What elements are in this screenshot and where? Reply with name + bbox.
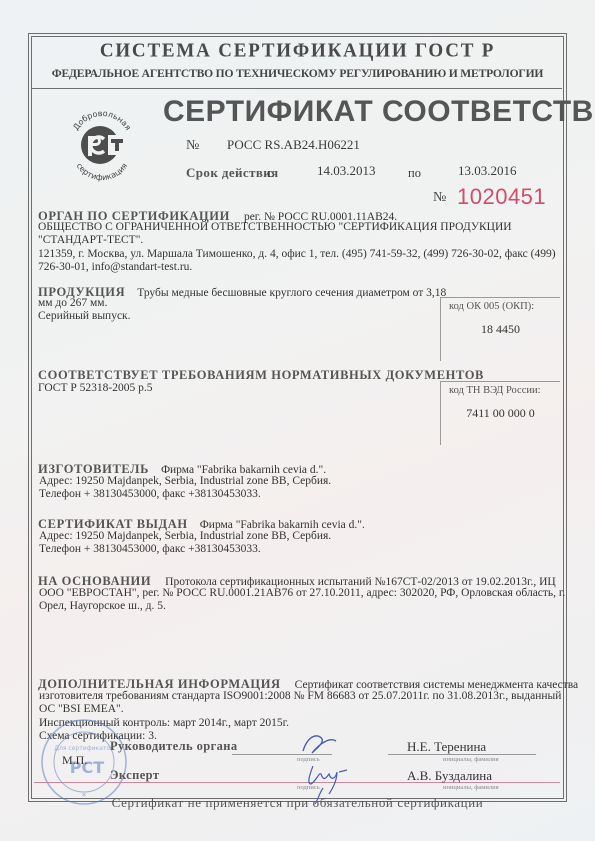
expert-name-caption: инициалы, фамилия [443,784,499,791]
additional-line: ОС "BSI EMEA". [39,703,561,716]
expert-role-label: Эксперт [110,768,159,783]
product-line: мм до 267 мм. [38,297,131,310]
head-name: Н.Е. Теренина [407,739,486,755]
head-role-label: Руководитель органа [110,739,238,754]
validity-to-label: по [408,166,421,181]
tnved-code-label: код ТН ВЭД России: [449,385,560,396]
certification-body-line: ОБЩЕСТВО С ОГРАНИЧЕННОЙ ОТВЕТСТВЕННОСТЬЮ… [38,221,556,234]
blank-serial-number: 1020451 [457,184,546,210]
certification-body-line: 726-30-01, info@standart-test.ru. [38,261,556,274]
rst-logo-icon: Добровольная сертификация [64,106,140,182]
product-line: Серийный выпуск. [38,310,131,323]
validity-from-label: с [267,166,273,181]
manufacturer-details: Адрес: 19250 Majdanpek, Serbia, Industri… [39,475,331,502]
product-details: мм до 267 мм. Серийный выпуск. [38,297,131,324]
certification-body-line: 121359, г. Москва, ул. Маршала Тимошенко… [38,248,556,261]
okp-code-value: 18 4450 [441,322,560,337]
number-sign: № [186,138,199,154]
basis-line: ООО "ЕВРОСТАН", рег. № РОСС RU.0001.21АВ… [39,587,565,600]
basis-details: ООО "ЕВРОСТАН", рег. № РОСС RU.0001.21АВ… [39,587,565,614]
additional-label: ДОПОЛНИТЕЛЬНАЯ ИНФОРМАЦИЯ [38,677,281,691]
issued-to-line: Телефон + 38130453000, факс +38130453033… [39,543,331,556]
product-description: Трубы медные бесшовные круглого сечения … [137,287,446,299]
footer-note: Сертификат не применяется при обязательн… [0,795,595,811]
basis-label: НА ОСНОВАНИИ [38,574,151,588]
head-name-caption: инициалы, фамилия [443,756,499,763]
issued-to-details: Адрес: 19250 Majdanpek, Serbia, Industri… [39,530,331,557]
stamp-text: Для сертификатов [54,745,114,752]
certificate-number: РОСС RS.AB24.H06221 [227,137,360,153]
document-title: СЕРТИФИКАТ СООТВЕТСТВИЯ [163,95,595,129]
svg-text:сертификация: сертификация [75,161,130,182]
valid-to-date: 13.03.2016 [458,163,517,179]
additional-line: изготовителя требованиям стандарта ISO90… [39,690,561,703]
compliance-standard: ГОСТ Р 52318-2005 р.5 [38,382,152,395]
header-divider [32,88,562,89]
head-name-line [388,754,536,755]
validity-label: Срок действия [186,165,279,181]
system-title: СИСТЕМА СЕРТИФИКАЦИИ ГОСТ Р [0,39,595,62]
basis-line: Орел, Наугорское ш., д. 5. [39,600,565,613]
okp-code-box: код ОК 005 (ОКП): 18 4450 [440,297,560,361]
issued-to-line: Адрес: 19250 Majdanpek, Serbia, Industri… [39,530,331,543]
tnved-code-box: код ТН ВЭД России: 7411 00 000 0 [440,381,560,445]
certification-body-line: "СТАНДАРТ-ТЕСТ". [38,234,556,247]
stamp-place-label: М.П. [62,754,87,767]
okp-code-label: код ОК 005 (ОКП): [449,301,560,312]
compliance-label: СООТВЕТСТВУЕТ ТРЕБОВАНИЯМ НОРМАТИВНЫХ ДО… [38,368,484,383]
tnved-code-value: 7411 00 000 0 [441,406,560,421]
blank-number-sign: № [433,190,446,206]
manufacturer-line: Телефон + 38130453000, факс +38130453033… [39,488,331,501]
expert-name: А.В. Буздалина [407,768,492,784]
manufacturer-label: ИЗГОТОВИТЕЛЬ [38,462,149,476]
issued-to-label: СЕРТИФИКАТ ВЫДАН [38,517,188,531]
certification-body-details: ОБЩЕСТВО С ОГРАНИЧЕННОЙ ОТВЕТСТВЕННОСТЬЮ… [38,221,556,275]
agency-name: ФЕДЕРАЛЬНОЕ АГЕНТСТВО ПО ТЕХНИЧЕСКОМУ РЕ… [0,67,595,80]
manufacturer-line: Адрес: 19250 Majdanpek, Serbia, Industri… [39,475,331,488]
valid-from-date: 14.03.2013 [317,163,376,179]
